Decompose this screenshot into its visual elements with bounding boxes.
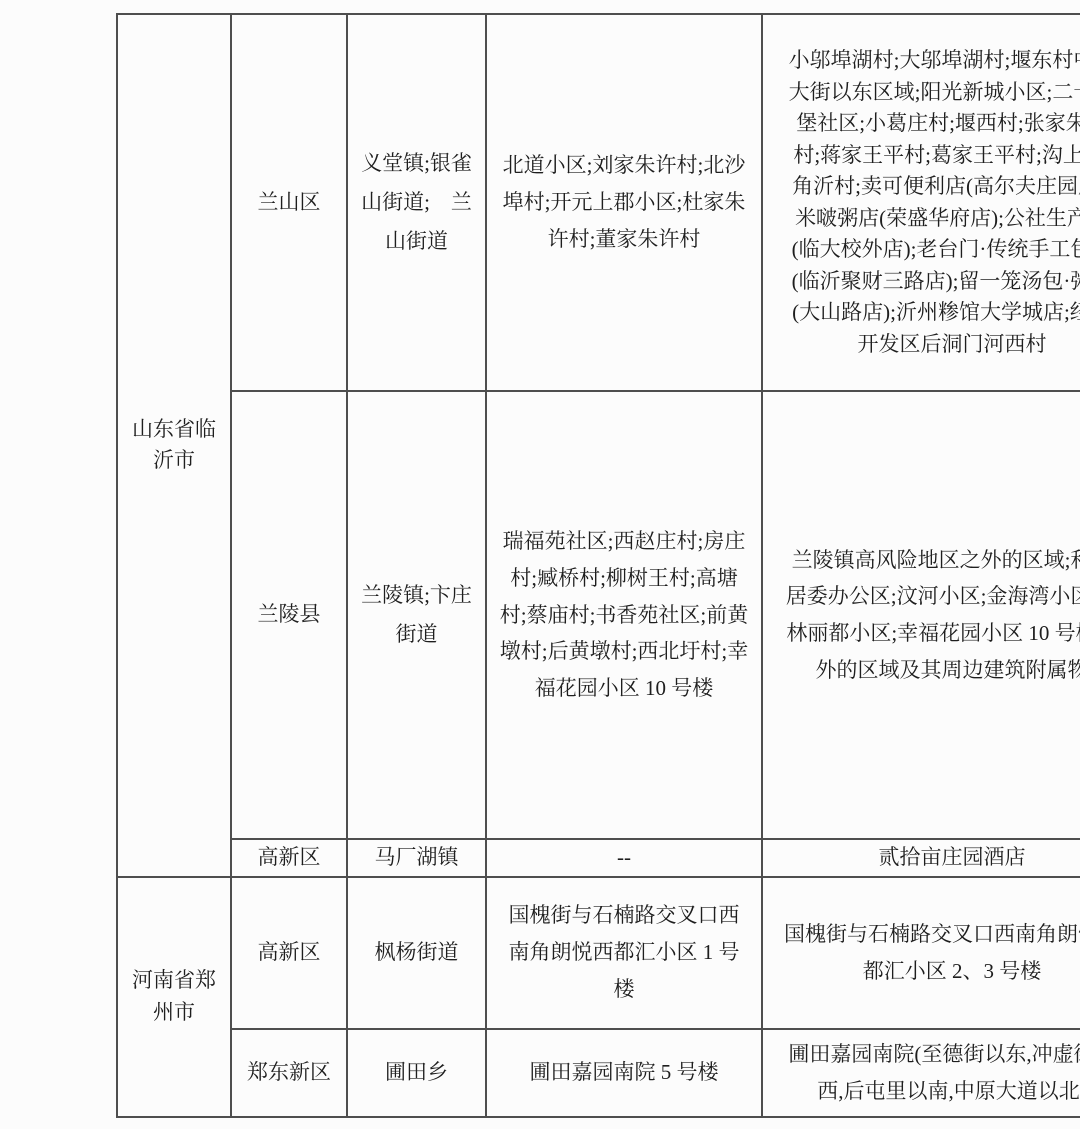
cell-areas-left: 北道小区;刘家朱许村;北沙埠村;开元上郡小区;杜家朱许村;董家朱许村: [486, 14, 762, 391]
cell-region: 山东省临沂市: [117, 14, 231, 877]
cell-township: 马厂湖镇: [347, 839, 486, 877]
table-row: 郑东新区 圃田乡 圃田嘉园南院 5 号楼 圃田嘉园南院(至德街以东,冲虚街以西,…: [117, 1029, 1080, 1117]
cell-areas-right: 贰拾亩庄园酒店: [762, 839, 1080, 877]
cell-areas-right: 兰陵镇高风险地区之外的区域;和平居委办公区;汶河小区;金海湾小区;翰林丽都小区;…: [762, 391, 1080, 839]
risk-area-table: 山东省临沂市 兰山区 义堂镇;银雀山街道; 兰山街道 北道小区;刘家朱许村;北沙…: [116, 13, 1080, 1118]
cell-district: 高新区: [231, 877, 347, 1029]
cell-areas-left: --: [486, 839, 762, 877]
cell-areas-left: 瑞福苑社区;西赵庄村;房庄村;臧桥村;柳树王村;高塘村;蔡庙村;书香苑社区;前黄…: [486, 391, 762, 839]
cell-township: 兰陵镇;卞庄街道: [347, 391, 486, 839]
document-page: 山东省临沂市 兰山区 义堂镇;银雀山街道; 兰山街道 北道小区;刘家朱许村;北沙…: [0, 0, 1080, 1129]
table-row: 山东省临沂市 兰山区 义堂镇;银雀山街道; 兰山街道 北道小区;刘家朱许村;北沙…: [117, 14, 1080, 391]
cell-township: 圃田乡: [347, 1029, 486, 1117]
table-row: 河南省郑州市 高新区 枫杨街道 国槐街与石楠路交叉口西南角朗悦西都汇小区 1 号…: [117, 877, 1080, 1029]
cell-district: 兰山区: [231, 14, 347, 391]
cell-region: 河南省郑州市: [117, 877, 231, 1117]
table-row: 高新区 马厂湖镇 -- 贰拾亩庄园酒店: [117, 839, 1080, 877]
cell-areas-right: 小邬埠湖村;大邬埠湖村;堰东村中央大街以东区域;阳光新城小区;二十里堡社区;小葛…: [762, 14, 1080, 391]
cell-township: 义堂镇;银雀山街道; 兰山街道: [347, 14, 486, 391]
cell-township: 枫杨街道: [347, 877, 486, 1029]
cell-district: 兰陵县: [231, 391, 347, 839]
cell-areas-right: 圃田嘉园南院(至德街以东,冲虚街以西,后屯里以南,中原大道以北): [762, 1029, 1080, 1117]
cell-areas-right: 国槐街与石楠路交叉口西南角朗悦西都汇小区 2、3 号楼: [762, 877, 1080, 1029]
cell-district: 郑东新区: [231, 1029, 347, 1117]
cell-district: 高新区: [231, 839, 347, 877]
cell-areas-left: 国槐街与石楠路交叉口西南角朗悦西都汇小区 1 号楼: [486, 877, 762, 1029]
table-row: 兰陵县 兰陵镇;卞庄街道 瑞福苑社区;西赵庄村;房庄村;臧桥村;柳树王村;高塘村…: [117, 391, 1080, 839]
cell-areas-left: 圃田嘉园南院 5 号楼: [486, 1029, 762, 1117]
